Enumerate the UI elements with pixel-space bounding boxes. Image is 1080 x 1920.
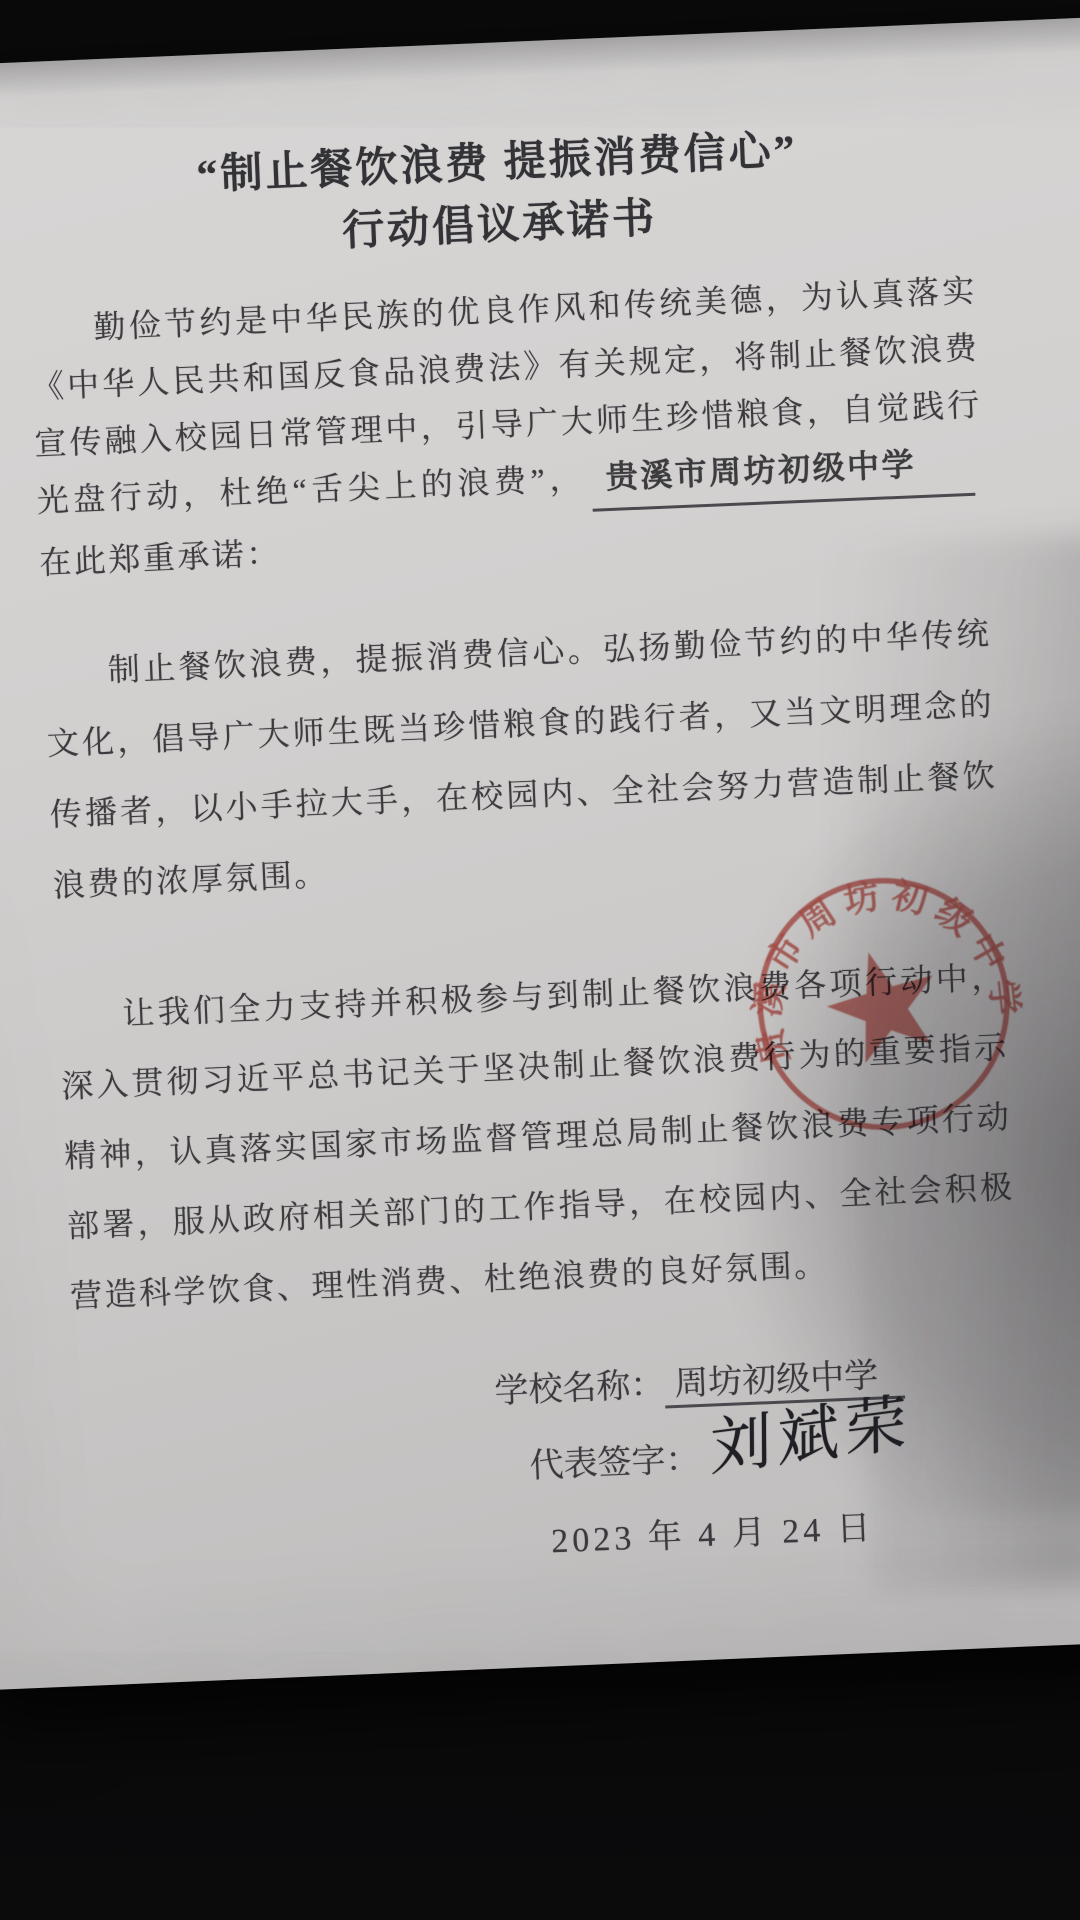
school-name-blank: 贵溪市周坊初级中学 — [591, 434, 976, 512]
document-title: “制止餐饮浪费 提振消费信心” 行动倡议承诺书 — [22, 113, 974, 277]
signature-block: 学校名称：周坊初级中学 代表签字：刘斌荣 2023 年 4 月 24 日 — [74, 1340, 1030, 1594]
paragraph-intro-tail: 在此郑重承诺： — [39, 535, 282, 581]
school-name-fill: 贵溪市周坊初级中学 — [605, 446, 917, 495]
school-name-label: 学校名称： — [494, 1367, 665, 1411]
document-content: “制止餐饮浪费 提振消费信心” 行动倡议承诺书 勤俭节约是中华民族的优良作风和传… — [0, 14, 1080, 1597]
paragraph-intro: 勤俭节约是中华民族的优良作风和传统美德，为认真落实《中华人民共和国反食品浪费法》… — [28, 262, 987, 591]
seal-star-icon — [816, 937, 951, 1069]
document-paper: “制止餐饮浪费 提振消费信心” 行动倡议承诺书 勤俭节约是中华民族的优良作风和传… — [0, 14, 1080, 1690]
signature-label: 代表签字： — [529, 1441, 700, 1485]
photo-background: “制止餐饮浪费 提振消费信心” 行动倡议承诺书 勤俭节约是中华民族的优良作风和传… — [0, 0, 1080, 1920]
